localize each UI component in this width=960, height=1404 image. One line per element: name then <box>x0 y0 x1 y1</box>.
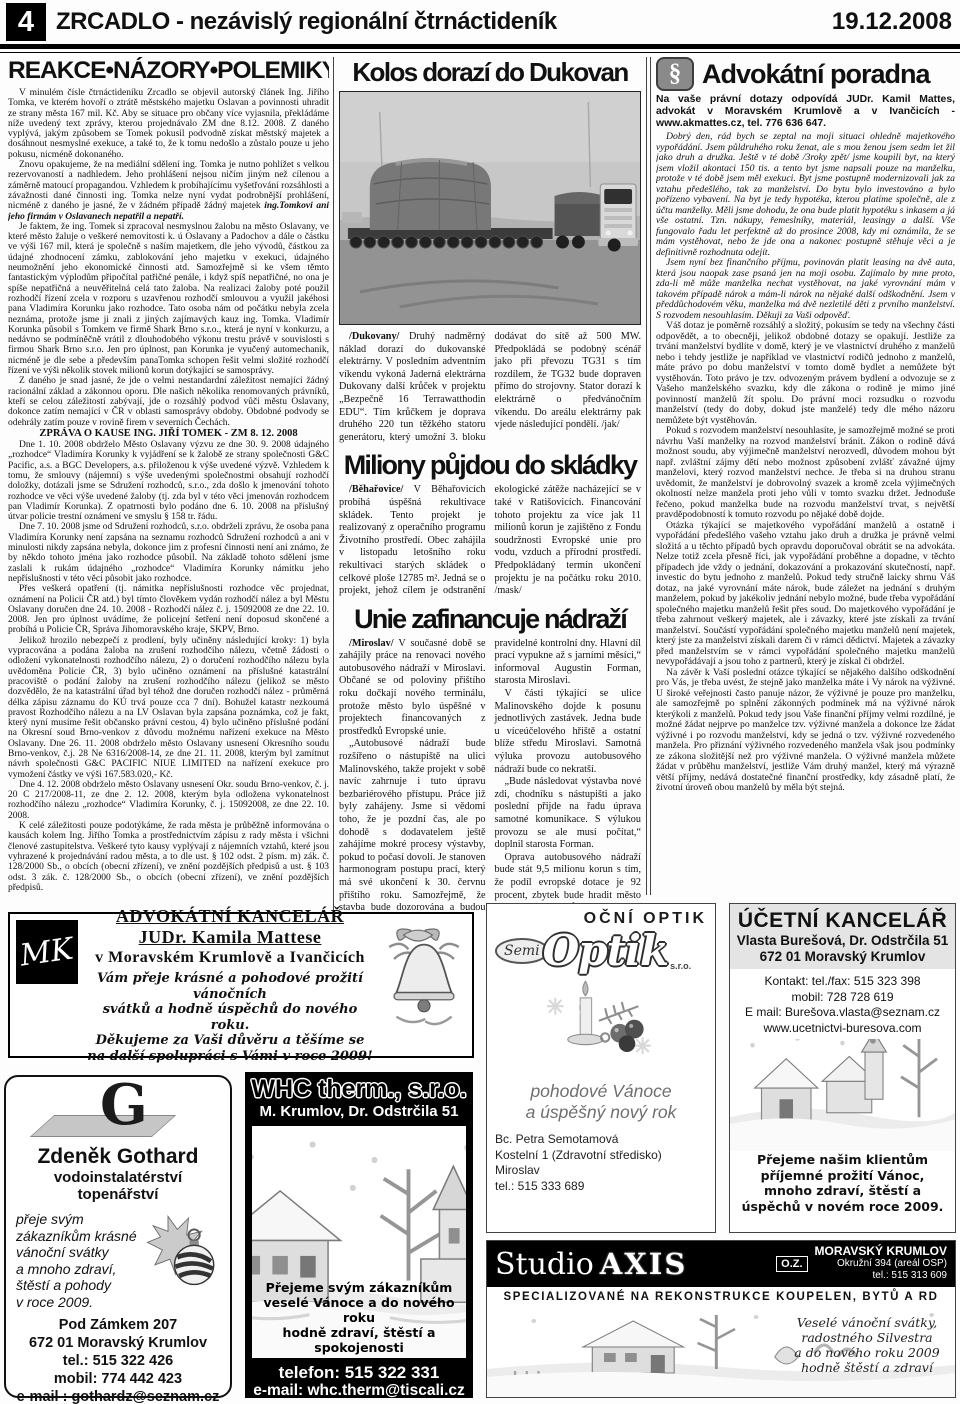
reader-question: Jsem nyní bez finančního příjmu, povinov… <box>656 258 955 321</box>
ad-gothard: G Zdeněk Gothard vodoinstalatérství tope… <box>4 1075 232 1398</box>
ad-contact: Pod Zámkem 207 672 01 Moravský Krumlov t… <box>14 1316 222 1404</box>
lawyer-answer: Váš dotaz je poměrně rozsáhlý a složitý,… <box>656 321 955 426</box>
ad-address: Pod Zámkem 207 <box>14 1316 222 1334</box>
paragraph: Z daného je snad jasné, že jde o velmi n… <box>8 376 329 427</box>
ad-city: Miroslav <box>495 1163 707 1179</box>
ad-address: Kostelní 1 (Zdravotní středisko) <box>495 1148 707 1164</box>
ad-advokat-text: ADVOKÁTNÍ KANCELÁŘ JUDr. Kamila Mattese … <box>84 906 376 1064</box>
paragraph: Jelikož hrozilo nebezpečí z prodlení, by… <box>8 636 329 780</box>
section-sign-icon: § <box>656 57 694 91</box>
poradna-headline: Advokátní poradna <box>702 59 930 90</box>
column-divider-left <box>333 57 334 910</box>
ad-studio-axis: Studio AXIS O.Z. MORAVSKÝ KRUMLOV Okružn… <box>486 1240 956 1398</box>
ad-phone: tel.: 515 322 426 <box>14 1352 222 1370</box>
lawyer-answer: Pokud s rozvodem manželství nesouhlasíte… <box>656 426 955 521</box>
page-number: 4 <box>18 6 34 39</box>
ad-address: M. Krumlov, Dr. Odstrčila 51 <box>245 1103 473 1121</box>
ad-name: Vlasta Burešová, Dr. Odstrčila 51 <box>733 933 952 949</box>
paragraph: Znovu opakujeme, že na mediální sdělení … <box>8 160 329 222</box>
article-subhead: ZPRÁVA O KAUSE ING. JIŘÍ TOMEK - ZM 8. 1… <box>8 429 329 439</box>
lawyer-answer: Na závěr k Vaší poslední otázce týkající… <box>656 668 955 794</box>
winter-scene-illustration: Veselé vánoční svátky, radostného Silves… <box>487 1307 955 1397</box>
ad-address: 672 01 Moravský Krumlov <box>14 1334 222 1352</box>
ad-name: JUDr. Kamila Mattese <box>84 927 376 948</box>
ad-email: e-mail : gothardz@seznam.cz <box>14 1388 222 1404</box>
ad-whc-therm: WHC therm., s.r.o. M. Krumlov, Dr. Odstr… <box>245 1072 473 1398</box>
gothard-g-logo: G <box>14 1081 222 1143</box>
page-number-box: 4 <box>6 3 46 41</box>
ad-name: Zdeněk Gothard <box>14 1145 222 1169</box>
paragraph: /Dukovany/ Druhý nadměrný náklad dorazí … <box>339 331 641 444</box>
studio-axis-logo: Studio AXIS <box>495 1247 687 1282</box>
masthead-title: ZRCADLO - nezávislý regionální čtrnáctid… <box>56 8 557 36</box>
paragraph: Dne 4. 12. 2008 obdrželo město Oslavany … <box>8 780 329 821</box>
ad-tagline: SPECIALIZOVANÉ NA REKONSTRUKCE KOUPELEN,… <box>487 1287 955 1307</box>
mk-monogram-logo: MK <box>16 920 78 984</box>
ad-email: e-mail: whc.therm@tiscali.cz <box>245 1382 473 1400</box>
middle-column: Kolos dorazí do Dukovan <box>339 57 641 910</box>
ad-title: ADVOKÁTNÍ KANCELÁŘ <box>84 906 376 927</box>
ad-person: Bc. Petra Semotamová <box>495 1132 707 1148</box>
ad-wish: Přejeme našim klientům příjemné prožití … <box>730 1152 955 1214</box>
article-body: V minulém čísle čtrnáctideníku Zrcadlo s… <box>8 88 329 893</box>
ad-wish: pohodové Vánoce a úspěšný nový rok <box>495 1081 707 1123</box>
ad-ucetni-kancelar: ÚČETNÍ KANCELÁŘ Vlasta Burešová, Dr. Ods… <box>729 903 956 1233</box>
ad-wish: přeje svým zákazníkům krásné vánoční svá… <box>16 1211 222 1310</box>
ad-email: E mail: Burešova.vlasta@seznam.cz <box>730 1005 955 1021</box>
ad-ocni-optik: OČNÍ OPTIK Semi Optik s.r.o. pohodové Vá… <box>486 903 716 1233</box>
paragraph: V části týkající se ulice Malinovského d… <box>495 688 642 776</box>
candle-ornament-illustration <box>495 975 707 1079</box>
ad-mobile: mobil: 774 442 423 <box>14 1370 222 1388</box>
paragraph: Je faktem, že ing. Tomek si zpracoval ne… <box>8 222 329 376</box>
paragraph: K celé záležitosti pouze podotýkáme, že … <box>8 821 329 893</box>
paragraph: V minulém čísle čtrnáctideníku Zrcadlo s… <box>8 88 329 160</box>
ad-wish: Přejeme svým zákazníkům veselé Vánoce a … <box>252 1280 466 1355</box>
ad-location: v Moravském Krumlově a Ivančicích <box>84 948 376 967</box>
ad-phone: tel.: 515 313 609 <box>815 1270 947 1283</box>
article-headline-skladky: Miliony půjdou do skládky <box>339 450 641 481</box>
article-body-skladky: /Běhařovice/ V Běhařovicích probíhá úspě… <box>339 484 641 597</box>
ad-mobile: mobil: 728 728 619 <box>730 990 955 1006</box>
paragraph: „Bude následovat výstavba nové zdi, chod… <box>495 776 642 852</box>
winter-scene-illustration: Přejeme svým zákazníkům veselé Vánoce a … <box>252 1126 466 1358</box>
ad-phone: tel.: 515 333 689 <box>495 1179 707 1195</box>
dateline: /Běhařovice/ <box>349 484 403 495</box>
ad-title: WHC therm., s.r.o. <box>245 1075 473 1103</box>
ad-contact: O.Z. MORAVSKÝ KRUMLOV Okružní 394 (areál… <box>776 1245 947 1283</box>
dateline: /Dukovany/ <box>349 331 399 342</box>
ad-address: Okružní 394 (areál OSP) <box>815 1258 947 1271</box>
ad-phone: Kontakt: tel./fax: 515 323 398 <box>730 974 955 990</box>
article-headline-dukovany: Kolos dorazí do Dukovan <box>339 57 641 88</box>
ad-advokatni-kancelar: MK ADVOKÁTNÍ KANCELÁŘ JUDr. Kamila Matte… <box>8 912 474 1058</box>
paragraph: /Běhařovice/ V Běhařovicích probíhá úspě… <box>339 484 641 597</box>
column-divider-right <box>646 57 651 895</box>
reader-question: Dobrý den, rád bych se zeptal na moji si… <box>656 132 955 258</box>
paragraph: Dne 7. 10. 2008 jsme od Sdružení rozhodc… <box>8 522 329 584</box>
header-rule-thick <box>0 44 960 49</box>
ad-address: 672 01 Moravský Krumlov <box>733 949 952 965</box>
ad-city: MORAVSKÝ KRUMLOV <box>815 1245 947 1258</box>
ad-trade: topenářství <box>14 1186 222 1203</box>
article-advokatni-poradna: § Advokátní poradna Na vaše právní dotaz… <box>656 57 955 895</box>
ad-trade: vodoinstalatérství <box>14 1169 222 1186</box>
article-body-dukovany: /Dukovany/ Druhý nadměrný náklad dorazí … <box>339 331 641 444</box>
truck-photo-illustration <box>340 92 640 324</box>
ad-website: www.ucetnictvi-buresova.com <box>730 1021 955 1037</box>
ad-contact: Bc. Petra Semotamová Kostelní 1 (Zdravot… <box>495 1132 707 1194</box>
issue-date: 19.12.2008 <box>832 8 952 36</box>
ad-phone: telefon: 515 322 331 <box>245 1363 473 1382</box>
ad-title: ÚČETNÍ KANCELÁŘ <box>733 909 952 933</box>
christmas-bell-icon <box>382 919 466 1052</box>
paragraph: Přes veškerá opatření (tj. námitka nepří… <box>8 584 329 635</box>
winter-scene-illustration <box>730 1039 955 1151</box>
article-headline-nadrazi: Unie zafinancuje nádraží <box>339 604 641 635</box>
poradna-header: § Advokátní poradna <box>656 57 955 91</box>
paragraph: Oprava autobusového nádraží bude stát 9,… <box>495 852 642 910</box>
newspaper-page: 4 ZRCADLO - nezávislý regionální čtrnáct… <box>0 0 960 1404</box>
ad-header: Studio AXIS O.Z. MORAVSKÝ KRUMLOV Okružn… <box>487 1241 955 1287</box>
dateline: /Miroslav/ <box>349 638 394 649</box>
paragraph: Dne 1. 10. 2008 obdrželo Město Oslavany … <box>8 440 329 522</box>
paragraph: /Miroslav/ V současné době se zahájily p… <box>339 638 486 739</box>
lawyer-answer: Otázka týkající se majetkového vypořádán… <box>656 521 955 668</box>
oz-badge: O.Z. <box>776 1256 807 1272</box>
ad-wish: Veselé vánoční svátky, radostného Silves… <box>787 1315 947 1375</box>
article-body-nadrazi: /Miroslav/ V současné době se zahájily p… <box>339 638 641 910</box>
semi-optik-logo: Semi Optik s.r.o. <box>495 926 707 975</box>
holly-ornament-icon <box>140 1207 224 1291</box>
ad-header: ÚČETNÍ KANCELÁŘ Vlasta Burešová, Dr. Ods… <box>730 904 955 969</box>
ad-contact: Kontakt: tel./fax: 515 323 398 mobil: 72… <box>730 974 955 1036</box>
oversized-transport-photo <box>339 91 641 325</box>
poradna-intro: Na vaše právní dotazy odpovídá JUDr. Kam… <box>656 94 955 130</box>
article-reakce-nazory-polemiky: REAKCE•NÁZORY•POLEMIKY V minulém čísle č… <box>8 57 329 911</box>
article-headline: REAKCE•NÁZORY•POLEMIKY <box>8 57 329 85</box>
poradna-body: Dobrý den, rád bych se zeptal na moji si… <box>656 132 955 794</box>
ad-wish: Vám přeje krásné a pohodové prožití váno… <box>84 971 376 1064</box>
header-rule-thin <box>0 52 960 53</box>
